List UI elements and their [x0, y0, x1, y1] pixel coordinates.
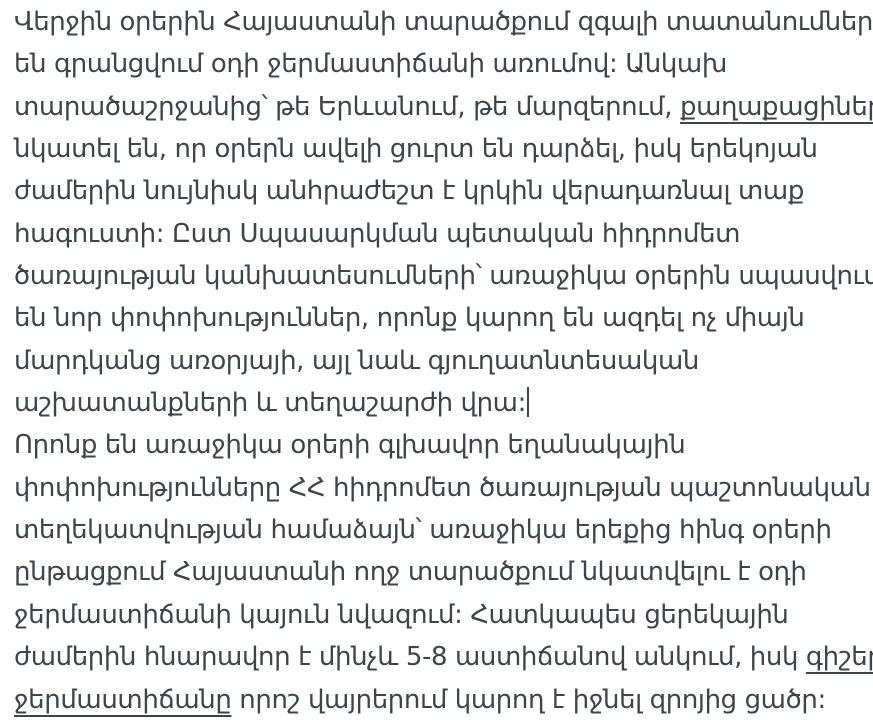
- text-cursor: [527, 387, 529, 417]
- text-line: ժամերին նույնիսկ անհրաժեշտ է կրկին վերադ…: [14, 170, 863, 212]
- text-line: են գրանցվում օդի ջերմաստիճանի առումով: Ա…: [14, 43, 863, 85]
- underlined-word: ջերմաստիճանը: [14, 685, 231, 715]
- text-segment: մարդկանց առօրյայի, այլ նաև գյուղատնտեսակ…: [14, 346, 699, 376]
- document-text[interactable]: Վերջին օրերին Հայաստանի տարածքում զգալի …: [0, 0, 873, 720]
- text-segment: տեղեկատվության համաձայն՝ առաջիկա երեքից …: [14, 515, 832, 545]
- text-segment: ընթացքում Հայաստանի ողջ տարածքում նկատվե…: [14, 557, 806, 587]
- text-line: ծառայության կանխատեսումների՝ առաջիկա օրե…: [14, 255, 863, 297]
- text-line: նկատել են, որ օրերն ավելի ցուրտ են դարձե…: [14, 128, 863, 170]
- text-segment: ժամերին նույնիսկ անհրաժեշտ է կրկին վերադ…: [14, 176, 804, 206]
- text-line: տարածաշրջանից՝ թե Երևանում, թե մարզերում…: [14, 86, 863, 128]
- text-line: աշխատանքների և տեղաշարժի վրա:: [14, 382, 863, 424]
- text-line: մարդկանց առօրյայի, այլ նաև գյուղատնտեսակ…: [14, 340, 863, 382]
- text-line: ընթացքում Հայաստանի ողջ տարածքում նկատվե…: [14, 551, 863, 593]
- text-segment: աշխատանքների և տեղաշարժի վրա:: [14, 388, 526, 418]
- text-line: հագուստի: Ըստ Սպասարկման պետական հիդրոմե…: [14, 213, 863, 255]
- text-segment: ջերմաստիճանի կայուն նվազում: Հատկապես ցե…: [14, 600, 788, 630]
- text-segment: են նոր փոփոխություններ, որոնք կարող են ա…: [14, 303, 804, 333]
- text-segment: Վերջին օրերին Հայաստանի տարածքում զգալի …: [14, 7, 873, 37]
- text-segment: որոշ վայրերում կարող է իջնել զրոյից ցածր…: [231, 685, 825, 715]
- underlined-word: գիշերը: [806, 642, 873, 672]
- text-line: Որոնք են առաջիկա օրերի գլխավոր եղանակայի…: [14, 424, 863, 466]
- text-line: տեղեկատվության համաձայն՝ առաջիկա երեքից …: [14, 509, 863, 551]
- text-line: փոփոխությունները ՀՀ հիդրոմետ ծառայության…: [14, 467, 863, 509]
- text-line: ջերմաստիճանը որոշ վայրերում կարող է իջնե…: [14, 679, 863, 720]
- text-line: ջերմաստիճանի կայուն նվազում: Հատկապես ցե…: [14, 594, 863, 636]
- text-segment: նկատել են, որ օրերն ավելի ցուրտ են դարձե…: [14, 134, 818, 164]
- text-line: Վերջին օրերին Հայաստանի տարածքում զգալի …: [14, 1, 863, 43]
- text-segment: ծառայության կանխատեսումների՝ առաջիկա օրե…: [14, 261, 873, 291]
- text-segment: փոփոխությունները ՀՀ հիդրոմետ ծառայության…: [14, 473, 871, 503]
- text-line: են նոր փոփոխություններ, որոնք կարող են ա…: [14, 297, 863, 339]
- text-segment: հագուստի: Ըստ Սպասարկման պետական հիդրոմե…: [14, 219, 740, 249]
- text-segment: տարածաշրջանից՝ թե Երևանում, թե մարզերում…: [14, 92, 680, 122]
- text-segment: ժամերին հնարավոր է մինչև 5-8 աստիճանով ա…: [14, 642, 806, 672]
- text-line: ժամերին հնարավոր է մինչև 5-8 աստիճանով ա…: [14, 636, 863, 678]
- text-segment: Որոնք են առաջիկա օրերի գլխավոր եղանակայի…: [14, 430, 685, 460]
- underlined-word: քաղաքացիները: [680, 92, 873, 122]
- text-segment: են գրանցվում օդի ջերմաստիճանի առումով: Ա…: [14, 49, 727, 79]
